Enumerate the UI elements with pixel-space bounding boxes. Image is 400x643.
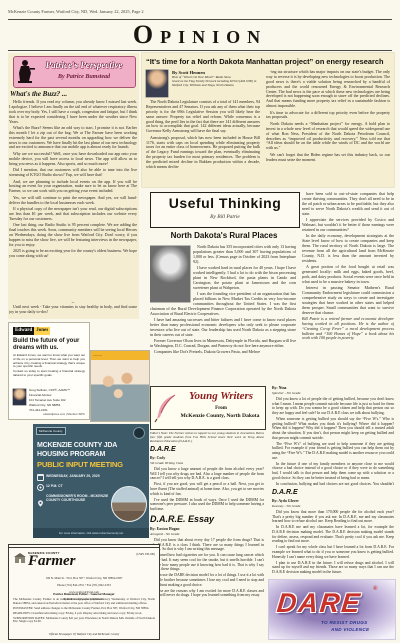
jda-location-row: COMMISSIONER'S ROOM - MCKENZIE COUNTY CO… (37, 494, 109, 502)
paragraph: DEADLINES: Classified advertising copy: … (13, 612, 155, 616)
paragraph: I've used the DDMM in loads of ways. Onc… (150, 498, 264, 511)
jda-ad-line-3: PUBLIC INPUT MEETING (37, 460, 145, 469)
paragraph: First, if you are good, you will get a p… (150, 482, 264, 496)
dare-tagline-1: TO RESIST DRUGS (321, 620, 368, 625)
ad-footer: edwardjones.com | Member SIPC (13, 412, 85, 416)
useful-thinking-column-b: have been sold to out-of-state companies… (302, 192, 394, 372)
young-writers-title: Young Writers (179, 390, 263, 402)
newspaper-page: McKenzie County Farmer, Watford City, ND… (0, 0, 400, 643)
patrice-byline: By Patrice Bumstead (36, 74, 132, 80)
advisor-headshot (13, 389, 26, 405)
nina-grade: Spiecher - 5th Grade (272, 391, 301, 395)
ayda-essay-text: Did you know that more than 170,000 peop… (272, 510, 394, 576)
divider-rule (8, 50, 392, 51)
paragraph: I learned how bad cigarettes are for you… (150, 553, 264, 572)
jda-time-text: 12 P.M. CT (46, 484, 63, 488)
section-header: Opinion (0, 20, 400, 50)
paragraph: Did you know a lot of people die of gett… (272, 397, 394, 416)
edward-jones-logo-text-1: Edward (13, 327, 34, 335)
paragraph: The North Dakota Legislature consists of… (146, 100, 260, 134)
farmer-logo-name: Farmer (28, 553, 76, 570)
paragraph: Did you know that about every day 17 peo… (150, 538, 264, 552)
paragraph: A great portion of the food bought at re… (302, 265, 394, 285)
dare-essay-header: D.A.R.E. Essay (150, 514, 214, 524)
paragraph: -ing tax structure which has major impac… (266, 70, 390, 109)
paragraph: SUBSCRIPTION RATES: McKenzie County $41 … (13, 617, 155, 625)
registered-mark: ® (373, 586, 377, 592)
paragraph: Did I mention, that our customers will a… (9, 168, 137, 178)
young-writers-box: Young Writers From McKenzie County, Nort… (150, 386, 266, 430)
jda-location-text: COMMISSIONER'S ROOM - MCKENZIE COUNTY CO… (46, 494, 109, 502)
patrice-perspective-box: Patrice's Perspective By Patrice Bumstea… (13, 56, 136, 88)
patrice-column-heading: What's the Buzz? ... (10, 90, 136, 98)
paragraph: Why are we successful? Well, once you ha… (9, 152, 137, 167)
jda-ad-line-2: HOUSING PROGRAM (37, 451, 145, 458)
paragraph: Those are the reasons why I am excited f… (150, 589, 264, 598)
young-writers-region: McKenzie County, North Dakota (175, 413, 265, 419)
paragraph: In conclusion, bullying and bad choices … (272, 482, 394, 486)
jda-meeting-ad: McKenzie County MCKENZIE COUNTY JDA HOUS… (33, 424, 149, 538)
edward-jones-ad: Edward Jones Build the future of your dr… (8, 322, 90, 420)
paragraph: 106 N. Main St. • P.O. Box 587 • Watford… (13, 576, 155, 580)
ad-headline: Build the future of your dreams with us. (13, 338, 85, 351)
usps-number: (USPS 338-180) (136, 553, 155, 556)
paragraph: We can't forget that the Biden regime ha… (266, 153, 390, 163)
paragraph: In D.A.R.E me and my classmates have lea… (272, 525, 394, 544)
paragraph: When someone is getting bullied you shou… (272, 417, 394, 440)
cody-grade: 5th Grade Writing Class (150, 461, 183, 465)
columnist-silhouette-icon (16, 59, 36, 90)
dare-header-ayda: D.A.R.E (272, 489, 298, 496)
paragraph: At Edward Jones, we want to know what yo… (13, 354, 85, 369)
bank-family-ad: ——— (90, 350, 150, 422)
jda-date-text: WEDNESDAY, JANUARY 29, 2025 (46, 474, 100, 478)
ad-body-text: At Edward Jones, we want to know what yo… (13, 354, 85, 379)
farmer-legal-text: The McKenzie County Farmer is an indepen… (13, 598, 155, 631)
paragraph: Armstrong's proposal, which has now been… (146, 136, 260, 170)
paragraph: POSTMASTER: Send address changes to the … (13, 607, 155, 611)
patrice-closing: Until next week - Take your vitamins to … (9, 305, 137, 315)
paragraph: Hello friends. If you read my column, yo… (9, 100, 137, 124)
paragraph: Watford City, ND 58854 (29, 404, 87, 408)
paragraph: If a physical copy of the newspaper isn'… (9, 207, 137, 222)
useful-thinking-column-a: North Dakota has 355 incorporated cities… (150, 245, 296, 384)
cody-essay-text: Did you know a large amount of people di… (150, 467, 264, 511)
paragraph: The McKenzie County Farmer is an indepen… (13, 598, 155, 606)
oped-headline: “It's time for a North Dakota Manhattan … (146, 57, 390, 66)
dare-header-cody: D.A.R.E (150, 446, 176, 453)
jda-ad-details: WEDNESDAY, JANUARY 29, 2025 12 P.M. CT C… (37, 474, 109, 502)
useful-thinking-byline: By Bill Patrie (151, 214, 299, 220)
paragraph: It's time to advocate for a different to… (266, 111, 390, 121)
paragraph: In the daily economy, development strate… (302, 234, 394, 263)
oped-column-b: -ing tax structure which has major impac… (266, 70, 390, 184)
useful-thinking-subhead: North Dakota's Rural Places (150, 231, 298, 240)
calendar-icon (37, 474, 44, 481)
useful-thinking-title: Useful Thinking (151, 195, 299, 211)
editors-note: Editor's Note: The Farmer wishes to supp… (150, 431, 264, 443)
edward-jones-logo: Edward Jones (13, 327, 50, 335)
paragraph: One last thing, our Radio Studio is 95 p… (9, 223, 137, 247)
paragraph: I appreciate the services provided by Co… (302, 218, 394, 233)
nina-byline: By: Nina (272, 386, 286, 390)
clock-icon (37, 484, 44, 491)
nina-essay-text: Did you know a lot of people die of gett… (272, 397, 394, 486)
paragraph: North Dakota needs a “Manhattan project”… (266, 122, 390, 151)
paragraph: Former Governor Olson lives in Minnesota… (150, 339, 296, 349)
dare-logo: DARE ® TO RESIST DRUGS AND VIOLENCE (268, 579, 396, 640)
jda-ad-footer: For more information, visit www.mckenzie… (33, 528, 149, 538)
location-pin-icon (37, 494, 44, 501)
quill-icon (153, 393, 179, 428)
easton-essay-text: Did you know that about every day 17 peo… (150, 538, 264, 638)
dare-tagline-2: AND VIOLENCE (331, 627, 369, 632)
easton-byline: By: Easton Hogan (150, 527, 180, 531)
mckenzie-county-logo: McKenzie County (36, 427, 66, 435)
farmer-logo-graphic (13, 551, 27, 563)
advisor-info: Greg Sullivan, CFP®, AAMS™Financial Advi… (29, 389, 87, 414)
paragraph: The “Five W's” of bullying are used to h… (272, 442, 394, 461)
paragraph: I can use the DARE decision model for a … (150, 573, 264, 587)
scott-hennen-headshot (146, 70, 168, 97)
young-writers-from: From (179, 406, 263, 411)
paragraph: 2025 is going to be an exciting year for… (9, 249, 137, 259)
jda-ad-line-1: MCKENZIE COUNTY JDA (37, 442, 145, 449)
dare-logo-word: DARE (275, 588, 363, 619)
paragraph: Did you know a large amount of people di… (150, 467, 264, 481)
jda-date-row: WEDNESDAY, JANUARY 29, 2025 (37, 474, 109, 481)
family-photo (91, 360, 149, 421)
paragraph: In the future if one of my family member… (272, 462, 394, 481)
paragraph: Contact us today to start creating a fin… (13, 370, 85, 378)
ad-banner: ——— (91, 351, 149, 360)
paragraph: I plan to use D.A.R.E in the future. I w… (272, 561, 394, 575)
paragraph: Phone (701) 842-2351 • Fax (701) 842-235… (13, 583, 155, 587)
easton-grade: Arnegard - 5th Grade (150, 532, 180, 536)
dateline: McKenzie County Farmer, Watford City, ND… (8, 9, 392, 14)
paragraph: have been sold to out-of-state companies… (302, 192, 394, 216)
paragraph: What's the Buzz? Seems like an odd way t… (9, 126, 137, 150)
cody-byline: By: Cody (150, 456, 165, 460)
edward-jones-logo-text-2: Jones (34, 327, 50, 335)
patrice-column-text: Hello friends. If you read my column, yo… (9, 100, 137, 301)
bill-patrie-headshot (150, 246, 190, 302)
official-newspaper-line: Official Newspaper Of Watford City and M… (13, 632, 155, 636)
paragraph: And, we are planning to include local ev… (9, 180, 137, 195)
paragraph: Companies like Dot's Pretzels, Dakota Gr… (150, 350, 296, 355)
paragraph: Interest in passing Senator Mathern's Ru… (302, 286, 394, 315)
paragraph: Yes, we will still continue to print the… (9, 196, 137, 206)
author-bio: Bill Patrie is a retired farmer and econ… (302, 317, 394, 341)
oped-column-a: The North Dakota Legislature consists of… (146, 100, 260, 184)
advisor-lines: Greg Sullivan, CFP®, AAMS™Financial Advi… (29, 389, 87, 413)
editor-line: Patrice Bumstead, Editor - General Manag… (13, 592, 155, 596)
paragraph: I can't speak for my whole class but I h… (272, 545, 394, 559)
jda-time-row: 12 P.M. CT (37, 484, 109, 491)
county-seal-icon (133, 427, 145, 439)
useful-thinking-title-box: Useful Thinking By Bill Patrie (150, 192, 300, 228)
paragraph: I have had amazing successes and bitter … (150, 318, 296, 338)
ayda-grade: Keavney - 5th Grade (272, 504, 300, 508)
patrice-box-title: Patrice's Perspective (36, 60, 132, 70)
ayda-byline: By: Ayda Glover (272, 499, 299, 503)
farmer-masthead-box: McKENZIE COUNTY Farmer (USPS 338-180) 10… (8, 544, 160, 640)
useful-thinking-text-b: have been sold to out-of-state companies… (302, 192, 394, 315)
housing-photo-circle (111, 486, 147, 522)
paragraph: Did you know that more than 170,000 peop… (272, 510, 394, 524)
